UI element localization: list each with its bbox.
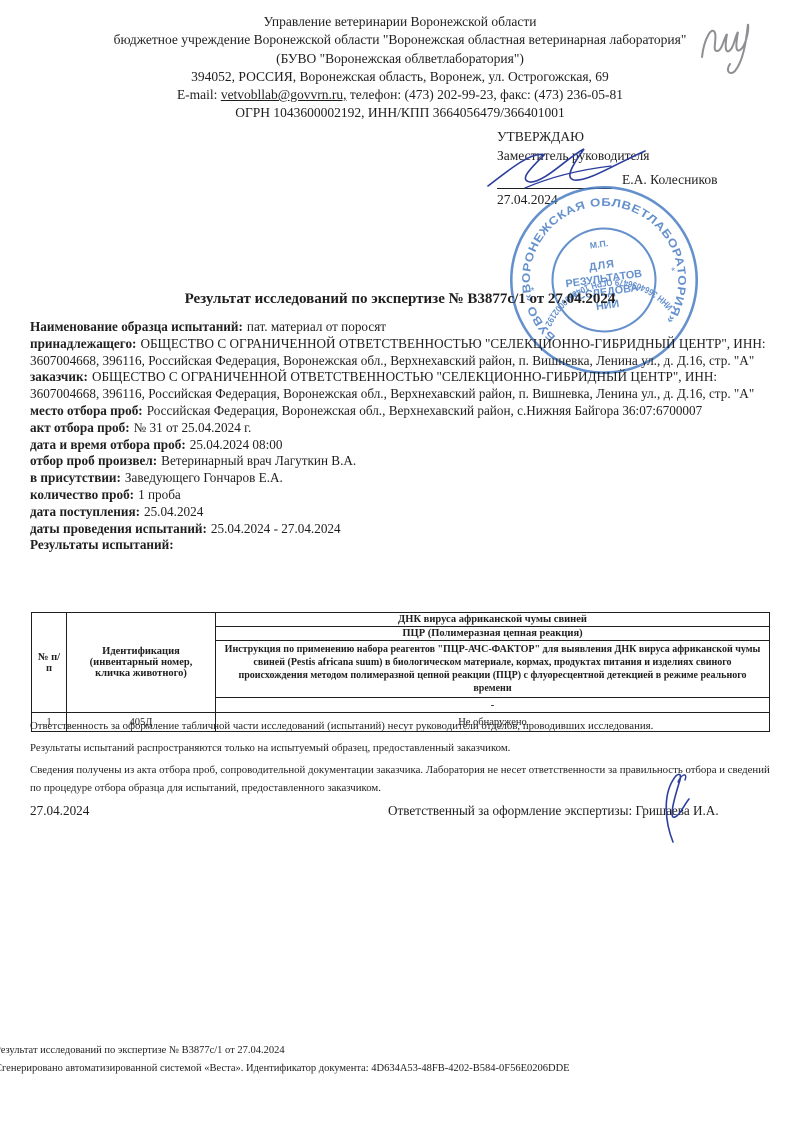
page-footer: Результат исследований по экспертизе № В… [0,1042,570,1078]
org-authority: Управление ветеринарии Воронежской облас… [40,13,760,31]
field-witness: в присутствии:Заведующего Гончаров Е.А. [30,470,772,487]
org-name: бюджетное учреждение Воронежской области… [40,31,760,49]
header-analyte: ДНК вируса африканской чумы свиней [216,613,770,627]
responsible-handwritten-signature [645,768,705,846]
org-ogrn-inn: ОГРН 1043600002192, ИНН/КПП 3664056479/3… [40,104,760,122]
field-results-heading: Результаты испытаний: [30,537,772,554]
results-table: № п/п Идентификация (инвентарный номер, … [31,612,770,732]
field-testing-dates: даты проведения испытаний:25.04.2024 - 2… [30,521,772,538]
header-row-number: № п/п [32,613,67,713]
units-cell: - [216,698,770,713]
field-sampling-place: место отбора проб:Российская Федерация, … [30,403,772,420]
stamp-mp-text: М.П. [589,238,609,250]
note-responsibility: Ответственность за оформление табличной … [30,717,778,735]
field-sample-count: количество проб:1 проба [30,487,772,504]
org-short-name: (БУВО "Воронежская облветлаборатория") [40,50,760,68]
org-address: 394052, РОССИЯ, Воронежская область, Вор… [40,68,760,86]
header-method-detail: Инструкция по применению набора реагенто… [216,641,770,698]
field-sampled-by: отбор проб произвел:Ветеринарный врач Ла… [30,453,772,470]
footer-expertise-ref: Результат исследований по экспертизе № В… [0,1042,570,1060]
field-sampling-datetime: дата и время отбора проб:25.04.2024 08:0… [30,437,772,454]
email-label: E-mail: [177,87,221,102]
letterhead: Управление ветеринарии Воронежской облас… [40,13,760,123]
field-sampling-act: акт отбора проб:№ 31 от 25.04.2024 г. [30,420,772,437]
document-page: Управление ветеринарии Воронежской облас… [0,0,800,1132]
document-title: Результат исследований по экспертизе № В… [0,291,800,308]
signoff-date: 27.04.2024 [30,803,89,819]
signoff-responsible: Ответственный за оформление экспертизы: … [388,803,772,819]
org-contacts: E-mail: vetvobllab@govvrn.ru, телефон: (… [40,86,760,104]
field-receipt-date: дата поступления:25.04.2024 [30,504,772,521]
header-identification: Идентификация (инвентарный номер, кличка… [67,613,216,713]
field-sample-name: Наименование образца испытаний:пат. мате… [30,319,772,336]
footer-generated-by: Сгенерировано автоматизированной системо… [0,1060,570,1078]
field-owner: принадлежащего:ОБЩЕСТВО С ОГРАНИЧЕННОЙ О… [30,336,772,370]
table-header-analyte-row: № п/п Идентификация (инвентарный номер, … [32,613,770,627]
field-customer: заказчик:ОБЩЕСТВО С ОГРАНИЧЕННОЙ ОТВЕТСТ… [30,369,772,403]
email-link: vetvobllab@govvrn.ru, [221,87,347,102]
sample-fields: Наименование образца испытаний:пат. мате… [30,319,772,554]
header-method: ПЦР (Полимеразная цепная реакция) [216,627,770,641]
note-scope: Результаты испытаний распространяются то… [30,739,778,757]
phone-fax: телефон: (473) 202-99-23, факс: (473) 23… [346,87,623,102]
